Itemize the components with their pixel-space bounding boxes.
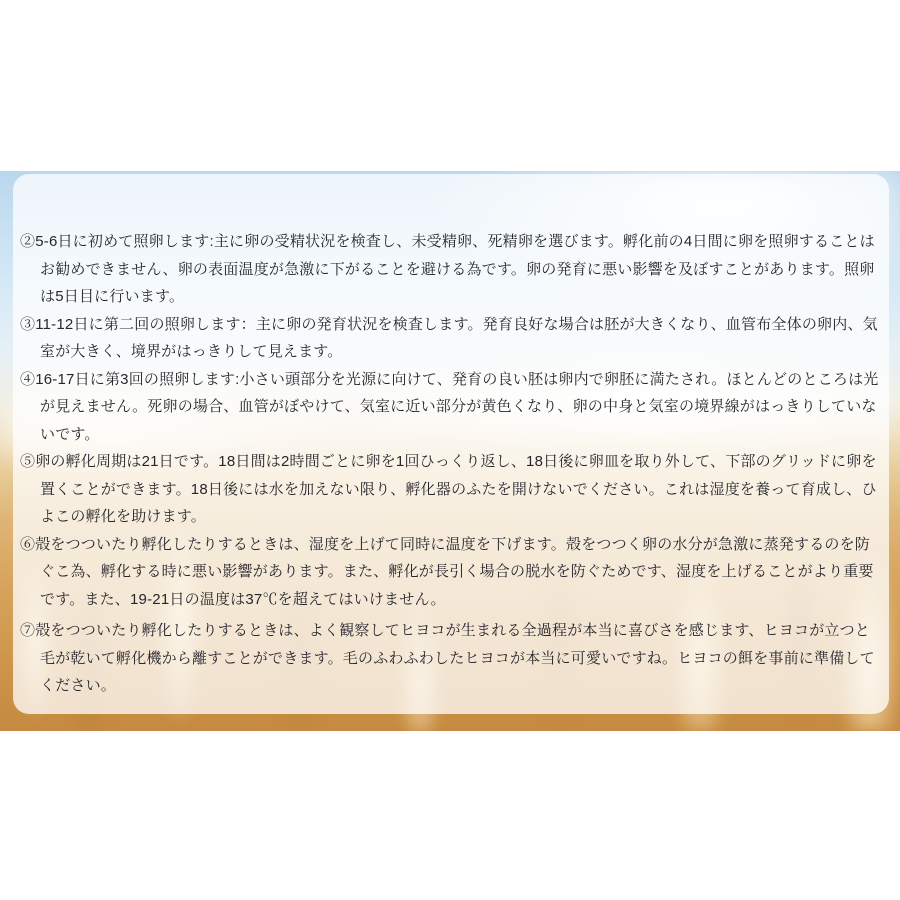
instruction-step-4: ④16-17日に第3回の照卵します:小さい頭部分を光源に向けて、発育の良い胚は卵… xyxy=(20,366,883,449)
instruction-step-7: ⑦殻をつついたり孵化したりするときは、よく観察してヒヨコが生まれる全過程が本当に… xyxy=(20,617,883,700)
instructions-panel: ②5-6日に初めて照卵します:主に卵の受精状況を検査し、未受精卵、死精卵を選びま… xyxy=(13,174,889,714)
instruction-step-5: ⑤卵の孵化周期は21日です。18日間は2時間ごとに卵を1回ひっくり返し、18日後… xyxy=(20,448,883,531)
instruction-step-3: ③11-12日に第二回の照卵します：主に卵の発育状況を検査します。発育良好な場合… xyxy=(20,311,883,366)
product-description-image: ②5-6日に初めて照卵します:主に卵の受精状況を検査し、未受精卵、死精卵を選びま… xyxy=(0,0,900,900)
instruction-step-2: ②5-6日に初めて照卵します:主に卵の受精状況を検査し、未受精卵、死精卵を選びま… xyxy=(20,228,883,311)
instructions-text: ②5-6日に初めて照卵します:主に卵の受精状況を検査し、未受精卵、死精卵を選びま… xyxy=(20,228,883,700)
instruction-step-6: ⑥殻をつついたり孵化したりするときは、湿度を上げて同時に温度を下げます。殻をつつ… xyxy=(20,531,883,614)
